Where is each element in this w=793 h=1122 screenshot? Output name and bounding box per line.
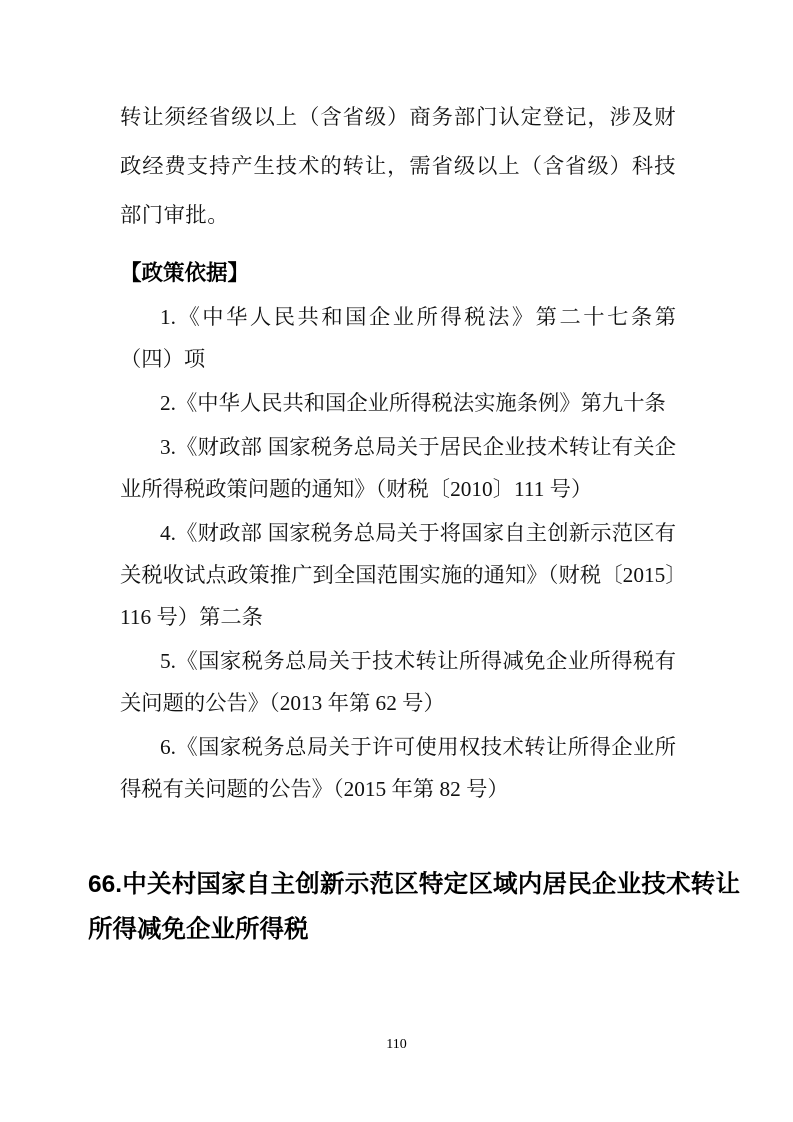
policy-item-6: 6.《国家税务总局关于许可使用权技术转让所得企业所得税有关问题的公告》（2015… bbox=[120, 726, 676, 810]
section-66-heading: 66.中关村国家自主创新示范区特定区域内居民企业技术转让所得减免企业所得税 bbox=[88, 862, 740, 952]
page-number: 110 bbox=[0, 1036, 793, 1054]
policy-basis-header: 【政策依据】 bbox=[120, 252, 676, 294]
policy-item-5: 5.《国家税务总局关于技术转让所得减免企业所得税有关问题的公告》（2013 年第… bbox=[120, 640, 676, 724]
document-body: 转让须经省级以上（含省级）商务部门认定登记，涉及财政经费支持产生技术的转让，需省… bbox=[120, 0, 676, 952]
policy-item-4: 4.《财政部 国家税务总局关于将国家自主创新示范区有关税收试点政策推广到全国范围… bbox=[120, 512, 676, 638]
policy-item-3: 3.《财政部 国家税务总局关于居民企业技术转让有关企业所得税政策问题的通知》（财… bbox=[120, 426, 676, 510]
intro-paragraph: 转让须经省级以上（含省级）商务部门认定登记，涉及财政经费支持产生技术的转让，需省… bbox=[120, 93, 676, 240]
document-page: 转让须经省级以上（含省级）商务部门认定登记，涉及财政经费支持产生技术的转让，需省… bbox=[0, 0, 793, 1122]
policy-item-1: 1.《中华人民共和国企业所得税法》第二十七条第（四）项 bbox=[120, 296, 676, 380]
policy-item-2: 2.《中华人民共和国企业所得税法实施条例》第九十条 bbox=[120, 382, 676, 424]
